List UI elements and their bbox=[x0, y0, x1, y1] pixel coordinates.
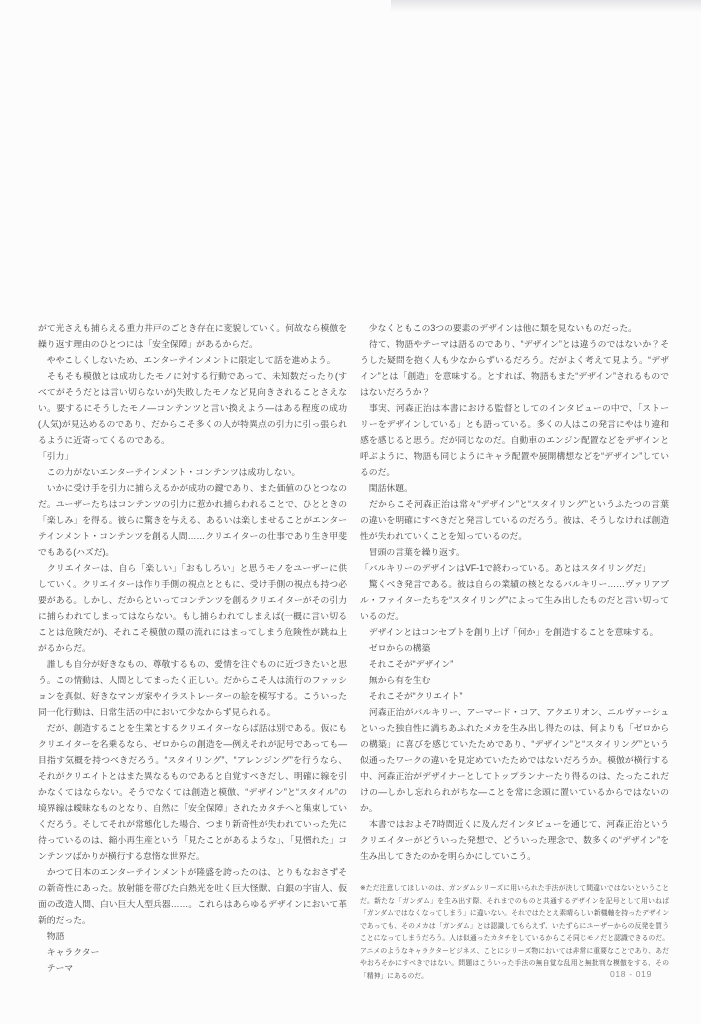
body-paragraph: がて光さえも捕らえる重力井戸のごとき存在に変貌していく。何故なら模倣を繰り返す理… bbox=[38, 320, 347, 352]
body-paragraph: かつて日本のエンターテインメントが隆盛を誇ったのは、とりもなおさずその新奇性にあ… bbox=[38, 864, 347, 928]
right-text-column: 少なくともこの3つの要素のデザインは他に類を見ないものだった。 待て、物語やテー… bbox=[360, 320, 669, 983]
body-paragraph: 「バルキリーのデザインはVF-1で終わっている。あとはスタイリングだ」 bbox=[360, 560, 669, 576]
body-paragraph: クリエイターは、自ら「楽しい」「おもしろい」と思うモノをユーザーに供していく。ク… bbox=[38, 560, 347, 656]
footnote: ※ただ注意してほしいのは、ガンダムシリーズに用いられた手法が決して間違いではない… bbox=[360, 883, 669, 983]
body-paragraph: テーマ bbox=[38, 960, 347, 976]
body-paragraph: 無から有を生む bbox=[360, 672, 669, 688]
body-paragraph: 「引力」 bbox=[38, 448, 347, 464]
body-paragraph: 河森正治がバルキリー、アーマード・コア、アクエリオン、ニルヴァーシュといった独自… bbox=[360, 704, 669, 816]
body-paragraph: ややこしくしないため、エンターテインメントに限定して話を進めよう。 bbox=[38, 352, 347, 368]
body-paragraph: それこそが“デザイン” bbox=[360, 656, 669, 672]
body-paragraph: キャラクター bbox=[38, 944, 347, 960]
body-paragraph: 少なくともこの3つの要素のデザインは他に類を見ないものだった。 bbox=[360, 320, 669, 336]
scan-shadow-artifact bbox=[391, 0, 701, 12]
body-paragraph: そもそも模倣とは成功したモノに対する行動であって、未知数だったり(すべてがそうだ… bbox=[38, 368, 347, 448]
body-paragraph: 驚くべき発言である。彼は自らの業績の核となるバルキリー……ヴァリアブル・ファイタ… bbox=[360, 576, 669, 624]
body-paragraph: この力がないエンターテインメント・コンテンツは成功しない。 bbox=[38, 464, 347, 480]
left-text-column: がて光さえも捕らえる重力井戸のごとき存在に変貌していく。何故なら模倣を繰り返す理… bbox=[38, 320, 347, 976]
body-paragraph: 待て、物語やテーマは語るのであり、“デザイン”とは違うのではないか？そうした疑問… bbox=[360, 336, 669, 400]
body-paragraph: 事実、河森正治は本書における監督としてのインタビューの中で、「ストーリーをデザイ… bbox=[360, 400, 669, 480]
body-paragraph: 物語 bbox=[38, 928, 347, 944]
body-paragraph: だからこそ河森正治は常々“デザイン”と“スタイリング”というふたつの言葉の違いを… bbox=[360, 496, 669, 544]
body-paragraph: 冒頭の言葉を繰り返す。 bbox=[360, 544, 669, 560]
body-paragraph: 閑話休題。 bbox=[360, 480, 669, 496]
body-paragraph: それこそが“クリエイト” bbox=[360, 688, 669, 704]
page-number: 018 - 019 bbox=[610, 969, 652, 979]
body-paragraph: 誰しも自分が好きなもの、尊敬するもの、愛情を注ぐものに近づきたいと思う。この情動… bbox=[38, 656, 347, 720]
book-page: がて光さえも捕らえる重力井戸のごとき存在に変貌していく。何故なら模倣を繰り返す理… bbox=[0, 0, 701, 1024]
body-paragraph: だが、創造することを生業とするクリエイターならば話は別である。仮にもクリエイター… bbox=[38, 720, 347, 864]
right-column-body: 少なくともこの3つの要素のデザインは他に類を見ないものだった。 待て、物語やテー… bbox=[360, 320, 669, 864]
body-paragraph: デザインとはコンセプトを創り上げ「何か」を創造することを意味する。 bbox=[360, 624, 669, 640]
body-paragraph: ゼロからの構築 bbox=[360, 640, 669, 656]
body-paragraph: いかに受け手を引力に捕らえるかが成功の鍵であり、また価値のひとつなのだ。ユーザー… bbox=[38, 480, 347, 560]
body-paragraph: 本書ではおよそ7時間近くに及んだインタビューを通じて、河森正治というクリエイター… bbox=[360, 816, 669, 864]
